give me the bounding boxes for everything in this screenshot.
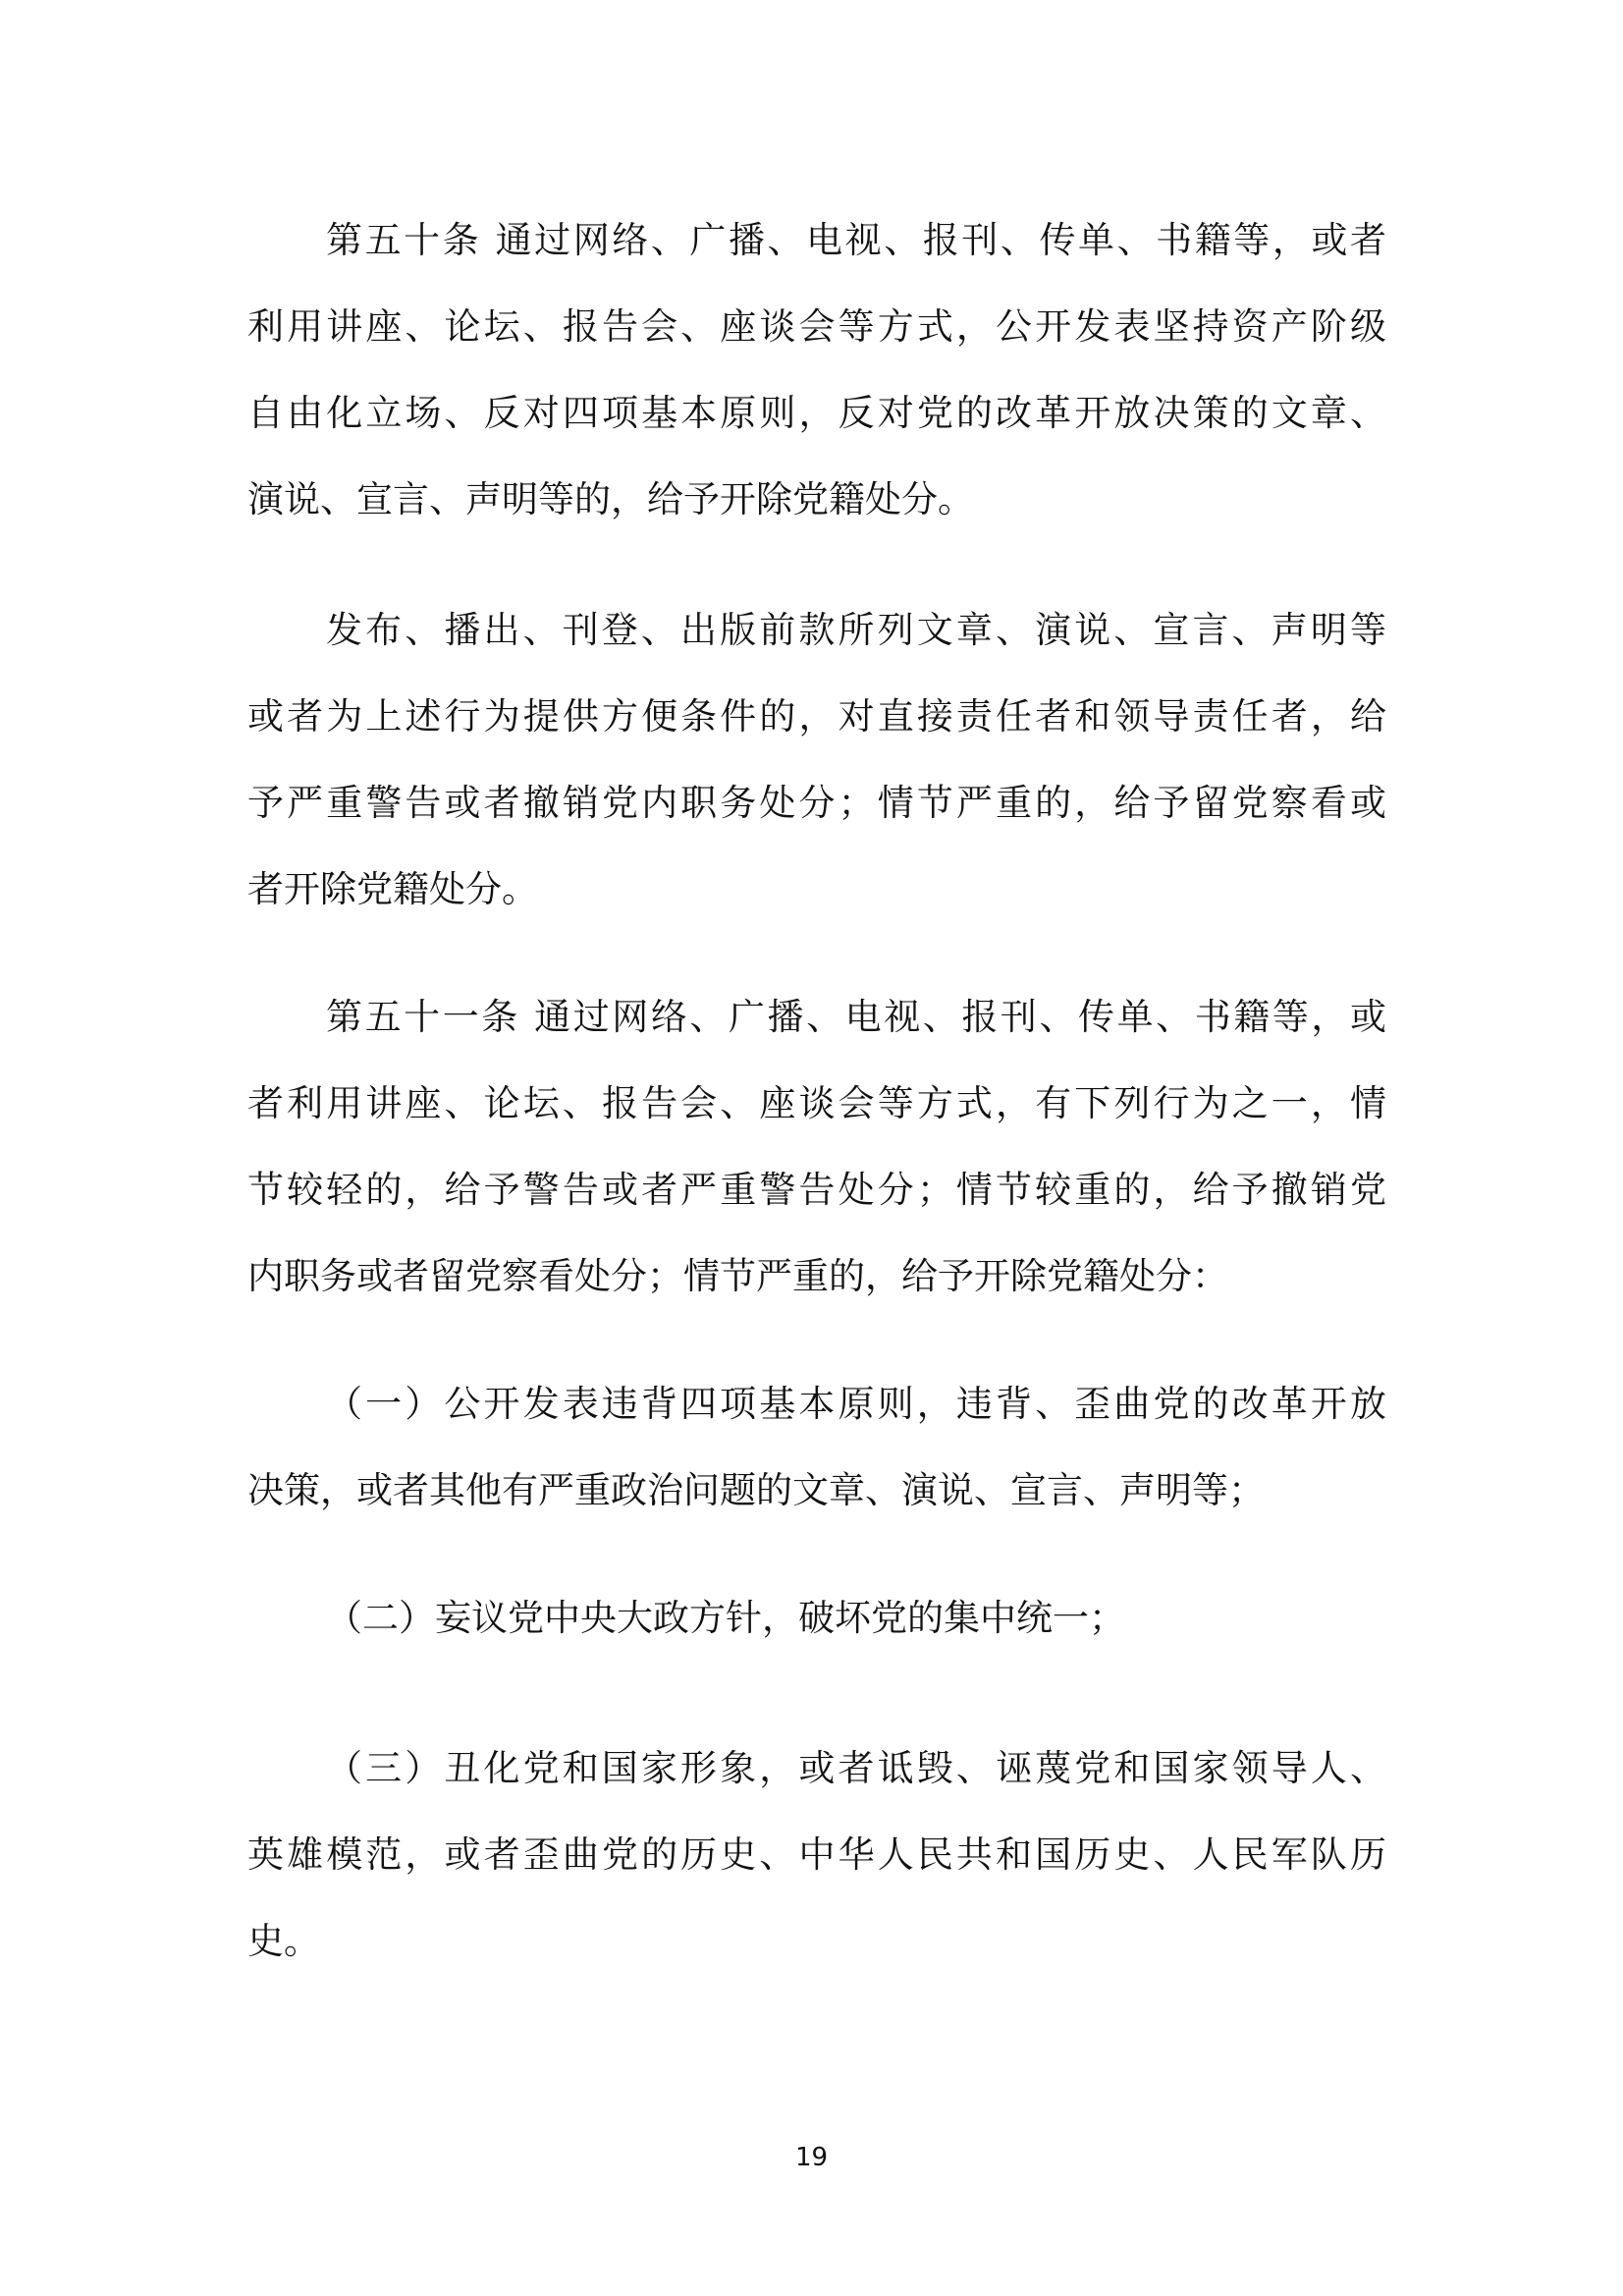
- text-line: （三）丑化党和国家形象，或者诋毁、诬蔑党和国家领导人、: [247, 1725, 1386, 1812]
- text-line: 者开除党籍处分。: [247, 847, 1386, 933]
- text-line: 节较轻的，给予警告或者严重警告处分；情节较重的，给予撤销党: [247, 1147, 1386, 1233]
- text-line: 予严重警告或者撤销党内职务处分；情节严重的，给予留党察看或: [247, 760, 1386, 847]
- document-page: 第五十条 通过网络、广播、电视、报刊、传单、书籍等，或者 利用讲座、论坛、报告会…: [0, 0, 1623, 2296]
- article-50-paragraph-1: 第五十条 通过网络、广播、电视、报刊、传单、书籍等，或者 利用讲座、论坛、报告会…: [247, 197, 1386, 543]
- text-line: 英雄模范，或者歪曲党的历史、中华人民共和国历史、人民军队历: [247, 1812, 1386, 1898]
- text-line: 第五十一条 通过网络、广播、电视、报刊、传单、书籍等，或: [247, 974, 1386, 1061]
- article-51-item-1: （一）公开发表违背四项基本原则，违背、歪曲党的改革开放 决策，或者其他有严重政治…: [247, 1361, 1386, 1534]
- text-line: 或者为上述行为提供方便条件的，对直接责任者和领导责任者，给: [247, 674, 1386, 760]
- text-line: 内职务或者留党察看处分；情节严重的，给予开除党籍处分：: [247, 1233, 1386, 1320]
- article-51-item-3: （三）丑化党和国家形象，或者诋毁、诬蔑党和国家领导人、 英雄模范，或者歪曲党的历…: [247, 1725, 1386, 1985]
- text-line: 第五十条 通过网络、广播、电视、报刊、传单、书籍等，或者: [247, 197, 1386, 284]
- text-line: 决策，或者其他有严重政治问题的文章、演说、宣言、声明等；: [247, 1448, 1386, 1534]
- article-51-item-2: （二）妄议党中央大政方针，破坏党的集中统一；: [247, 1575, 1386, 1662]
- text-line: 发布、播出、刊登、出版前款所列文章、演说、宣言、声明等: [247, 587, 1386, 674]
- text-line: 演说、宣言、声明等的，给予开除党籍处分。: [247, 457, 1386, 543]
- text-line: 者利用讲座、论坛、报告会、座谈会等方式，有下列行为之一，情: [247, 1061, 1386, 1147]
- text-line: 利用讲座、论坛、报告会、座谈会等方式，公开发表坚持资产阶级: [247, 284, 1386, 370]
- text-line: 自由化立场、反对四项基本原则，反对党的改革开放决策的文章、: [247, 370, 1386, 457]
- text-line: （一）公开发表违背四项基本原则，违背、歪曲党的改革开放: [247, 1361, 1386, 1448]
- article-50-paragraph-2: 发布、播出、刊登、出版前款所列文章、演说、宣言、声明等 或者为上述行为提供方便条…: [247, 587, 1386, 933]
- page-number: 19: [0, 2143, 1623, 2172]
- article-51-paragraph-1: 第五十一条 通过网络、广播、电视、报刊、传单、书籍等，或 者利用讲座、论坛、报告…: [247, 974, 1386, 1320]
- text-line: 史。: [247, 1898, 1386, 1985]
- text-line: （二）妄议党中央大政方针，破坏党的集中统一；: [247, 1575, 1386, 1662]
